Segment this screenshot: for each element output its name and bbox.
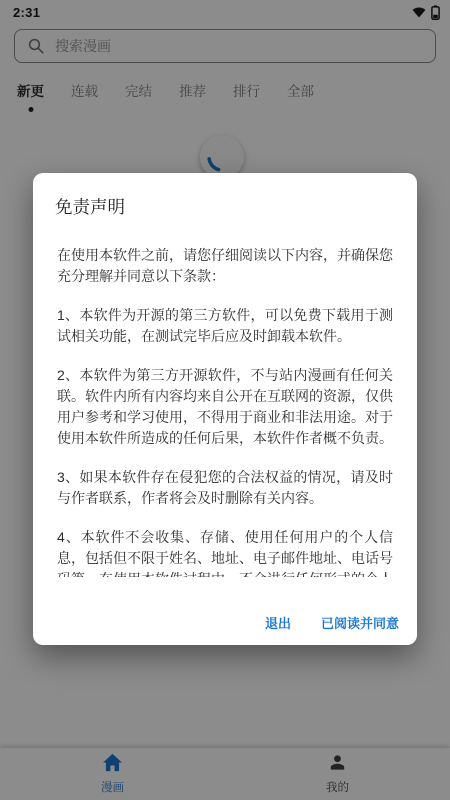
dialog-paragraph: 4、本软件不会收集、存储、使用任何用户的个人信息，包括但不限于姓名、地址、电子邮…: [57, 527, 393, 577]
dialog-title: 免责声明: [33, 173, 417, 219]
dialog-paragraph: 2、本软件为第三方开源软件，不与站内漫画有任何关联。软件内所有内容均来自公开在互…: [57, 365, 393, 449]
dialog-paragraph: 1、本软件为开源的第三方软件，可以免费下载用于测试相关功能，在测试完毕后应及时卸…: [57, 305, 393, 347]
dialog-paragraph: 在使用本软件之前，请您仔细阅读以下内容，并确保您充分理解并同意以下条款：: [57, 245, 393, 287]
agree-button[interactable]: 已阅读并同意: [313, 607, 407, 638]
exit-button[interactable]: 退出: [257, 607, 299, 638]
dialog-body: 在使用本软件之前，请您仔细阅读以下内容，并确保您充分理解并同意以下条款： 1、本…: [33, 245, 417, 577]
dialog-paragraph: 3、如果本软件存在侵犯您的合法权益的情况，请及时与作者联系，作者将会及时删除有关…: [57, 467, 393, 509]
app-screen: 2:31 搜索漫画 新更: [0, 0, 450, 800]
dialog-actions: 退出 已阅读并同意: [243, 599, 407, 645]
disclaimer-dialog: 免责声明 在使用本软件之前，请您仔细阅读以下内容，并确保您充分理解并同意以下条款…: [33, 173, 417, 645]
